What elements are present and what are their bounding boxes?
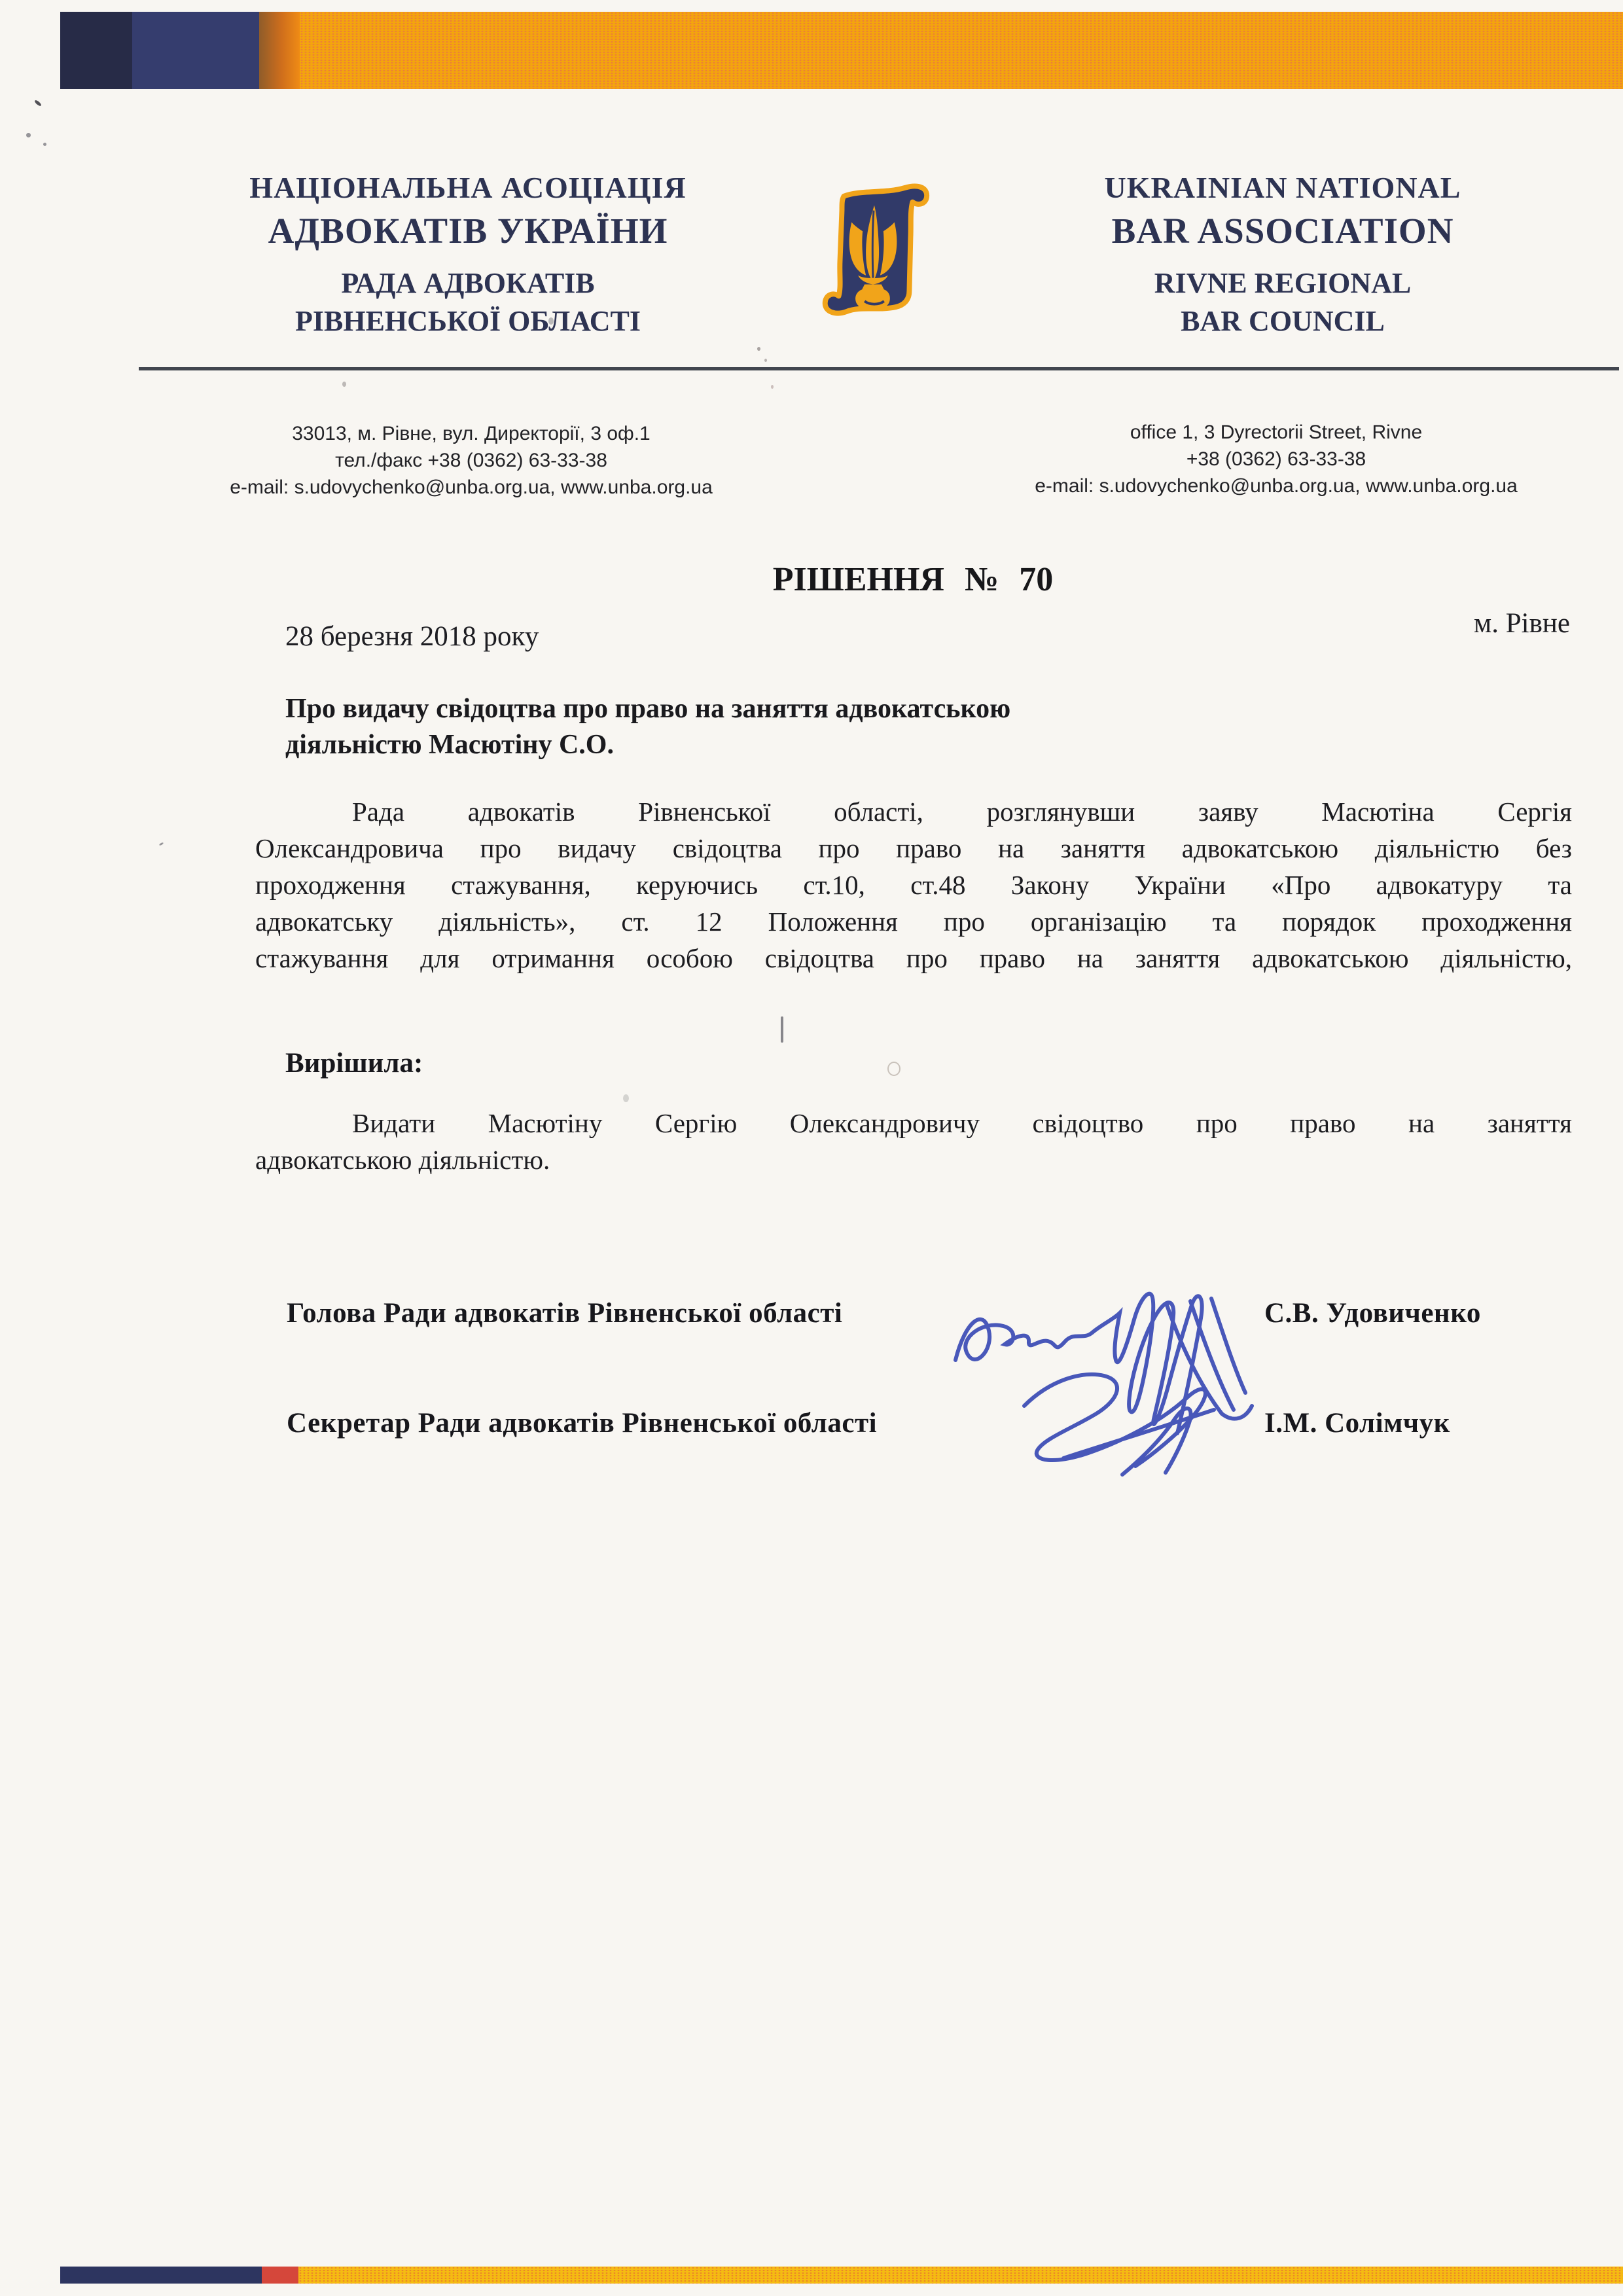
org-en-line2: BAR ASSOCIATION bbox=[1027, 207, 1538, 255]
body-line: Олександровича про видачу свідоцтва про … bbox=[255, 830, 1572, 867]
scan-speck bbox=[887, 1062, 901, 1076]
org-en-line4: BAR COUNCIL bbox=[1027, 302, 1538, 340]
header-divider bbox=[139, 367, 1619, 370]
scan-speck bbox=[781, 1016, 783, 1043]
resolved-label: Вирішила: bbox=[285, 1047, 423, 1079]
scanned-document-page: НАЦІОНАЛЬНА АСОЦІАЦІЯ АДВОКАТІВ УКРАЇНИ … bbox=[0, 0, 1623, 2296]
org-name-ukrainian: НАЦІОНАЛЬНА АСОЦІАЦІЯ АДВОКАТІВ УКРАЇНИ … bbox=[193, 169, 743, 340]
org-ua-line2: АДВОКАТІВ УКРАЇНИ bbox=[193, 207, 743, 255]
org-ua-line3: РАДА АДВОКАТІВ bbox=[193, 264, 743, 302]
scan-speck bbox=[342, 382, 346, 387]
contact-en-phone: +38 (0362) 63-33-38 bbox=[969, 446, 1584, 473]
body-line: адвокатську діяльність», ст. 12 Положенн… bbox=[255, 903, 1572, 940]
top-banner bbox=[60, 12, 1623, 89]
decision-body-paragraph: Рада адвокатів Рівненської області, розг… bbox=[255, 793, 1572, 977]
banner-yellow-stripe bbox=[298, 2267, 1623, 2284]
contact-ua-address: 33013, м. Рівне, вул. Директорії, 3 оф.1 bbox=[164, 420, 779, 447]
banner-navy-block bbox=[132, 12, 259, 89]
body-line: Рада адвокатів Рівненської області, розг… bbox=[255, 793, 1572, 830]
scan-speck bbox=[34, 99, 42, 107]
decision-place: м. Рівне bbox=[1474, 607, 1570, 639]
banner-red-stripe bbox=[262, 2267, 298, 2284]
unba-scroll-trident-logo bbox=[808, 173, 937, 329]
banner-navy-block bbox=[60, 2267, 262, 2284]
org-name-english: UKRAINIAN NATIONAL BAR ASSOCIATION RIVNE… bbox=[1027, 169, 1538, 340]
scan-speck bbox=[43, 143, 46, 146]
contact-ua-phone: тел./факс +38 (0362) 63-33-38 bbox=[164, 447, 779, 474]
org-en-line3: RIVNE REGIONAL bbox=[1027, 264, 1538, 302]
scan-speck bbox=[159, 842, 164, 846]
contact-info-ukrainian: 33013, м. Рівне, вул. Директорії, 3 оф.1… bbox=[164, 420, 779, 501]
bottom-banner bbox=[60, 2267, 1623, 2284]
scan-speck bbox=[764, 359, 767, 362]
contact-en-email: e-mail: s.udovychenko@unba.org.ua, www.u… bbox=[969, 473, 1584, 499]
body-line: Видати Масютіну Сергію Олександровичу св… bbox=[255, 1105, 1572, 1141]
org-ua-line1: НАЦІОНАЛЬНА АСОЦІАЦІЯ bbox=[193, 169, 743, 207]
feather-vein bbox=[872, 211, 874, 278]
chairman-role-label: Голова Ради адвокатів Рівненської област… bbox=[287, 1297, 842, 1329]
subject-line2: діяльністю Масютіну С.О. bbox=[285, 727, 1267, 763]
contact-en-address: office 1, 3 Dyrectorii Street, Rivne bbox=[969, 419, 1584, 446]
scan-speck bbox=[771, 385, 774, 389]
body-line: адвокатською діяльністю. bbox=[255, 1141, 1572, 1178]
decision-resolution-paragraph: Видати Масютіну Сергію Олександровичу св… bbox=[255, 1105, 1572, 1178]
banner-yellow-stripe bbox=[300, 12, 1623, 89]
subject-line1: Про видачу свідоцтва про право на занятт… bbox=[285, 691, 1267, 727]
org-ua-line4: РІВНЕНСЬКОЇ ОБЛАСТІ bbox=[193, 302, 743, 340]
contact-info-english: office 1, 3 Dyrectorii Street, Rivne +38… bbox=[969, 419, 1584, 499]
scan-speck bbox=[26, 133, 31, 137]
decision-date: 28 березня 2018 року bbox=[285, 620, 539, 653]
scan-speck bbox=[548, 317, 554, 325]
secretary-role-label: Секретар Ради адвокатів Рівненської обла… bbox=[287, 1407, 877, 1439]
scan-speck bbox=[623, 1094, 629, 1102]
decision-title: РІШЕННЯ № 70 bbox=[255, 560, 1571, 599]
banner-orange-stripe bbox=[259, 12, 300, 89]
org-en-line1: UKRAINIAN NATIONAL bbox=[1027, 169, 1538, 207]
decision-subject: Про видачу свідоцтва про право на занятт… bbox=[285, 691, 1267, 763]
contact-ua-email: e-mail: s.udovychenko@unba.org.ua, www.u… bbox=[164, 474, 779, 501]
banner-navy-dark-block bbox=[60, 12, 132, 89]
body-line: проходження стажування, керуючись ст.10,… bbox=[255, 867, 1572, 903]
handwritten-signatures bbox=[926, 1242, 1306, 1498]
body-line: стажування для отримання особою свідоцтв… bbox=[255, 940, 1572, 977]
scan-speck bbox=[757, 347, 760, 351]
